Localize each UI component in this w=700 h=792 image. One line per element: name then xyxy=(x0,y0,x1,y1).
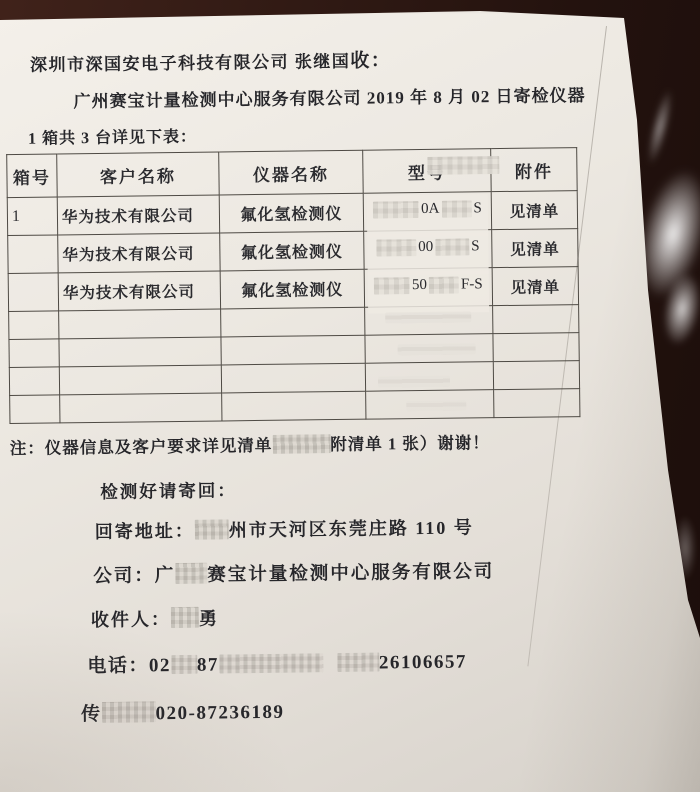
phone-label: 电话：02 xyxy=(87,655,171,677)
empty-cell xyxy=(221,363,365,393)
cell-customer: 华为技术有限公司 xyxy=(58,271,220,311)
redaction-patch xyxy=(337,653,379,673)
empty-cell xyxy=(493,361,579,390)
model-fragment: S xyxy=(473,200,482,217)
empty-cell xyxy=(59,337,221,367)
redaction-patch xyxy=(427,156,499,175)
empty-cell xyxy=(365,306,493,336)
document-content: 深圳市深国安电子科技有限公司 张继国收： 广州赛宝计量检测中心服务有限公司 20… xyxy=(0,0,700,792)
cell-model: 50 F-S xyxy=(364,268,492,308)
model-fragment: 50 xyxy=(412,276,427,293)
redaction-smudge xyxy=(385,311,471,323)
redaction-patch xyxy=(435,238,469,255)
cell-attachment: 见清单 xyxy=(492,229,578,268)
column-header-instrument: 仪器名称 xyxy=(219,150,364,195)
model-fragment: 00 xyxy=(418,238,433,255)
model-fragment: 0A xyxy=(421,200,440,217)
recipient-suffix: 收： xyxy=(350,50,391,71)
model-fragment: F-S xyxy=(461,276,483,293)
return-heading: 检测好请寄回： xyxy=(100,477,237,504)
redaction-patch xyxy=(373,201,419,219)
empty-cell xyxy=(365,334,493,364)
redaction-patch xyxy=(195,519,229,539)
return-recipient-line: 收件人：勇 xyxy=(91,605,219,633)
recipient-company: 深圳市深国安电子科技有限公司 xyxy=(30,53,289,75)
sender-line: 广州赛宝计量检测中心服务有限公司 2019 年 8 月 02 日寄检仪器 xyxy=(73,81,585,112)
empty-cell xyxy=(59,365,221,395)
note-prefix: 注：仪器信息及客户要求详见清单 xyxy=(10,436,273,458)
redaction-patch xyxy=(272,434,330,454)
cell-instrument: 氟化氢检测仪 xyxy=(219,193,363,233)
empty-cell xyxy=(221,335,365,365)
column-header-box-no: 箱号 xyxy=(7,154,58,198)
redaction-patch xyxy=(171,655,197,674)
recipient-line: 深圳市深国安电子科技有限公司 张继国收： xyxy=(30,45,392,76)
phone-fragment: 87 xyxy=(197,655,219,676)
cell-attachment: 见清单 xyxy=(491,191,577,230)
cell-model: 00 S xyxy=(364,230,492,270)
return-company-line: 公司：广赛宝计量检测中心服务有限公司 xyxy=(93,557,494,588)
fax-number: 020-87236189 xyxy=(155,702,284,725)
empty-cell xyxy=(221,307,365,337)
empty-cell xyxy=(10,395,60,424)
empty-table-row xyxy=(10,389,580,424)
return-address-line: 回寄地址：州市天河区东莞庄路 110 号 xyxy=(95,513,474,544)
box-summary-line: 1 箱共 3 台详见下表： xyxy=(28,124,197,149)
company-visible: 赛宝计量检测中心服务有限公司 xyxy=(207,562,494,586)
empty-cell xyxy=(9,339,59,368)
column-header-customer: 客户名称 xyxy=(57,152,220,197)
cell-instrument: 氟化氢检测仪 xyxy=(220,231,364,271)
cell-customer: 华为技术有限公司 xyxy=(57,195,219,235)
empty-cell xyxy=(366,390,494,420)
redaction-smudge xyxy=(406,400,466,411)
empty-cell xyxy=(493,333,579,362)
redaction-patch xyxy=(441,200,471,217)
phone-tail: 26106657 xyxy=(379,651,467,673)
redaction-patch xyxy=(101,701,155,723)
shipment-table: 箱号 客户名称 仪器名称 型号 附件 1 华为技术有限公司 氟化氢检测仪 xyxy=(6,147,580,424)
redaction-patch xyxy=(175,563,207,584)
address-visible: 州市天河区东莞庄路 110 号 xyxy=(229,517,474,540)
empty-cell xyxy=(59,309,221,339)
model-fragment: S xyxy=(471,238,480,255)
cell-box-no xyxy=(8,273,58,312)
note-suffix: 附清单 1 张）谢谢！ xyxy=(330,433,490,454)
cell-attachment: 见清单 xyxy=(492,267,578,306)
redaction-smudge xyxy=(398,343,476,355)
redaction-patch xyxy=(376,239,416,256)
empty-cell xyxy=(60,393,222,423)
table-header-row: 箱号 客户名称 仪器名称 型号 附件 xyxy=(7,148,577,198)
redaction-patch xyxy=(374,277,410,294)
company-label: 公司：广 xyxy=(93,566,175,587)
return-fax-line: 传020-87236189 xyxy=(81,697,285,726)
redaction-patch xyxy=(171,607,199,628)
return-phone-line: 电话：028726106657 xyxy=(87,646,467,678)
redaction-patch xyxy=(219,653,323,673)
empty-cell xyxy=(494,389,580,418)
cell-customer: 华为技术有限公司 xyxy=(58,233,220,273)
cell-model: 0A S xyxy=(363,192,491,232)
cell-box-no: 1 xyxy=(7,197,57,236)
fax-label: 传 xyxy=(81,704,102,725)
empty-cell xyxy=(9,367,59,396)
cell-box-no xyxy=(8,235,58,274)
redaction-smudge xyxy=(378,376,450,388)
address-label: 回寄地址： xyxy=(95,521,195,542)
recipient-name: 张继国 xyxy=(295,52,351,72)
empty-cell xyxy=(222,391,366,421)
empty-cell xyxy=(493,305,579,334)
paper-sheet: 深圳市深国安电子科技有限公司 张继国收： 广州赛宝计量检测中心服务有限公司 20… xyxy=(0,0,700,792)
note-line: 注：仪器信息及客户要求详见清单附清单 1 张）谢谢！ xyxy=(10,429,490,459)
table-glare-reflection xyxy=(643,87,677,167)
column-header-model: 型号 xyxy=(363,149,492,194)
document-photo: 深圳市深国安电子科技有限公司 张继国收： 广州赛宝计量检测中心服务有限公司 20… xyxy=(0,0,700,792)
empty-cell xyxy=(9,311,59,340)
redaction-patch xyxy=(429,276,459,293)
column-header-attachment: 附件 xyxy=(491,148,578,192)
recipient-label: 收件人： xyxy=(91,609,171,630)
table-glare-reflection xyxy=(658,269,700,348)
empty-cell xyxy=(365,362,493,392)
cell-instrument: 氟化氢检测仪 xyxy=(220,269,364,309)
recipient-name-visible: 勇 xyxy=(199,609,219,629)
